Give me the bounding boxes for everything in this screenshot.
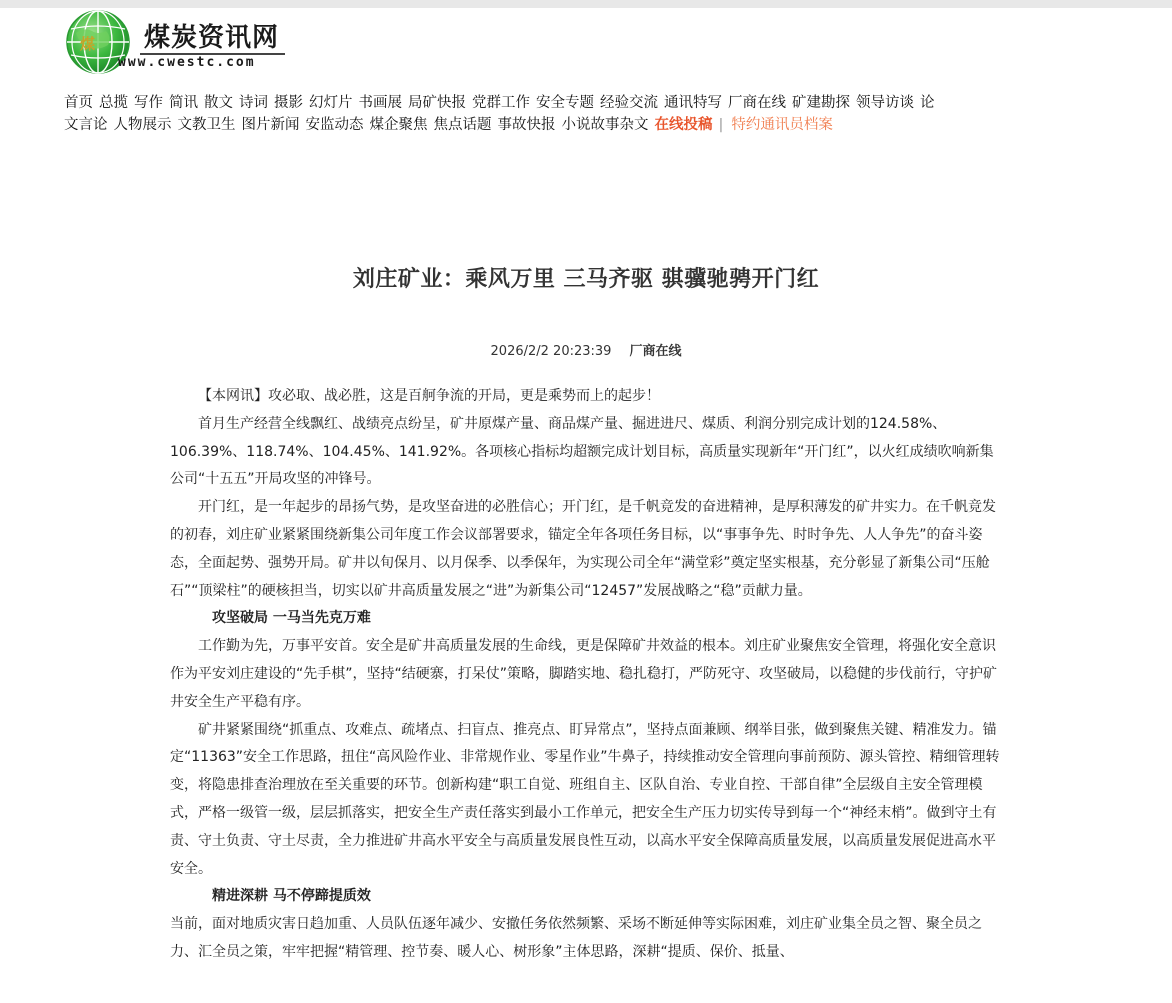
article-meta: 2026/2/2 20:23:39厂商在线	[0, 340, 1172, 359]
nav-item-photo-news[interactable]: 图片新闻	[242, 117, 300, 133]
nav-item-accident-news[interactable]: 事故快报	[498, 117, 556, 133]
svg-text:煤: 煤	[79, 35, 95, 53]
nav-separator: |	[719, 117, 724, 133]
nav-item-fiction[interactable]: 小说故事杂文	[562, 117, 649, 133]
article-lead: 【本网讯】攻必取、战必胜，这是百舸争流的开局，更是乘势而上的起步！	[170, 383, 1002, 411]
article-subheading: 攻坚破局 一马当先克万难	[170, 605, 1002, 633]
nav-item-opinion[interactable]: 论	[920, 95, 935, 111]
correspondent-archive-link[interactable]: 特约通讯员档案	[731, 117, 833, 133]
article-paragraph: 首月生产经营全线飘红、战绩亮点纷呈，矿井原煤产量、商品煤产量、掘进进尺、煤质、利…	[170, 411, 1002, 494]
article-subheading: 精进深耕 马不停蹄提质效	[170, 883, 1002, 911]
site-name: 煤炭资讯网	[144, 17, 279, 54]
nav-item-slideshow[interactable]: 幻灯片	[309, 95, 353, 111]
nav-item-home[interactable]: 首页	[64, 95, 93, 111]
article-title: 刘庄矿业：乘风万里 三马齐驱 骐骥驰骋开门红	[0, 262, 1172, 293]
nav-item-poetry[interactable]: 诗词	[239, 95, 268, 111]
main-nav: 首页总揽写作简讯散文诗词摄影幻灯片书画展局矿快报党群工作安全专题经验交流通讯特写…	[64, 92, 1172, 136]
nav-item-safety[interactable]: 安全专题	[536, 95, 594, 111]
nav-item-party-work[interactable]: 党群工作	[472, 95, 530, 111]
nav-row-1: 首页总揽写作简讯散文诗词摄影幻灯片书画展局矿快报党群工作安全专题经验交流通讯特写…	[64, 92, 1172, 114]
article-body: 【本网讯】攻必取、战必胜，这是百舸争流的开局，更是乘势而上的起步！ 首月生产经营…	[170, 383, 1002, 967]
nav-row-2: 文言论人物展示文教卫生图片新闻安监动态煤企聚焦焦点话题事故快报小说故事杂文在线投…	[64, 114, 1172, 136]
nav-item-hot-topics[interactable]: 焦点话题	[434, 117, 492, 133]
nav-item-vendors[interactable]: 厂商在线	[728, 95, 786, 111]
nav-item-photography[interactable]: 摄影	[274, 95, 303, 111]
nav-item-experience[interactable]: 经验交流	[600, 95, 658, 111]
nav-item-exploration[interactable]: 矿建勘探	[792, 95, 850, 111]
nav-item-culture-health[interactable]: 文教卫生	[178, 117, 236, 133]
nav-item-people[interactable]: 人物展示	[114, 117, 172, 133]
nav-item-bureau-news[interactable]: 局矿快报	[408, 95, 466, 111]
article-paragraph: 开门红，是一年起步的昂扬气势，是攻坚奋进的必胜信心；开门红，是千帆竞发的奋进精神…	[170, 494, 1002, 605]
nav-item-writing[interactable]: 写作	[134, 95, 163, 111]
article-paragraph: 矿井紧紧围绕“抓重点、攻难点、疏堵点、扫盲点、推亮点、盯异常点”，坚持点面兼顾、…	[170, 717, 1002, 884]
nav-item-safety-supervision[interactable]: 安监动态	[306, 117, 364, 133]
site-url: www.cwestc.com	[118, 55, 256, 70]
nav-item-interviews[interactable]: 领导访谈	[856, 95, 914, 111]
nav-item-art-gallery[interactable]: 书画展	[359, 95, 403, 111]
nav-item-features[interactable]: 通讯特写	[664, 95, 722, 111]
nav-item-briefs[interactable]: 简讯	[169, 95, 198, 111]
site-logo[interactable]: 煤 煤炭资讯网 www.cwestc.com	[62, 9, 292, 75]
article-paragraph: 当前，面对地质灾害日趋加重、人员队伍逐年减少、安撤任务依然频繁、采场不断延伸等实…	[170, 911, 1002, 967]
nav-item-overview[interactable]: 总揽	[99, 95, 128, 111]
browser-top-strip	[0, 0, 1172, 8]
article-datetime: 2026/2/2 20:23:39	[491, 344, 612, 359]
nav-item-opinion-cont[interactable]: 文言论	[64, 117, 108, 133]
nav-item-enterprise-focus[interactable]: 煤企聚焦	[370, 117, 428, 133]
online-submission-link[interactable]: 在线投稿	[655, 117, 713, 133]
nav-item-prose[interactable]: 散文	[204, 95, 233, 111]
article-paragraph: 工作勤为先，万事平安首。安全是矿井高质量发展的生命线，更是保障矿井效益的根本。刘…	[170, 633, 1002, 716]
article-source: 厂商在线	[629, 344, 681, 359]
